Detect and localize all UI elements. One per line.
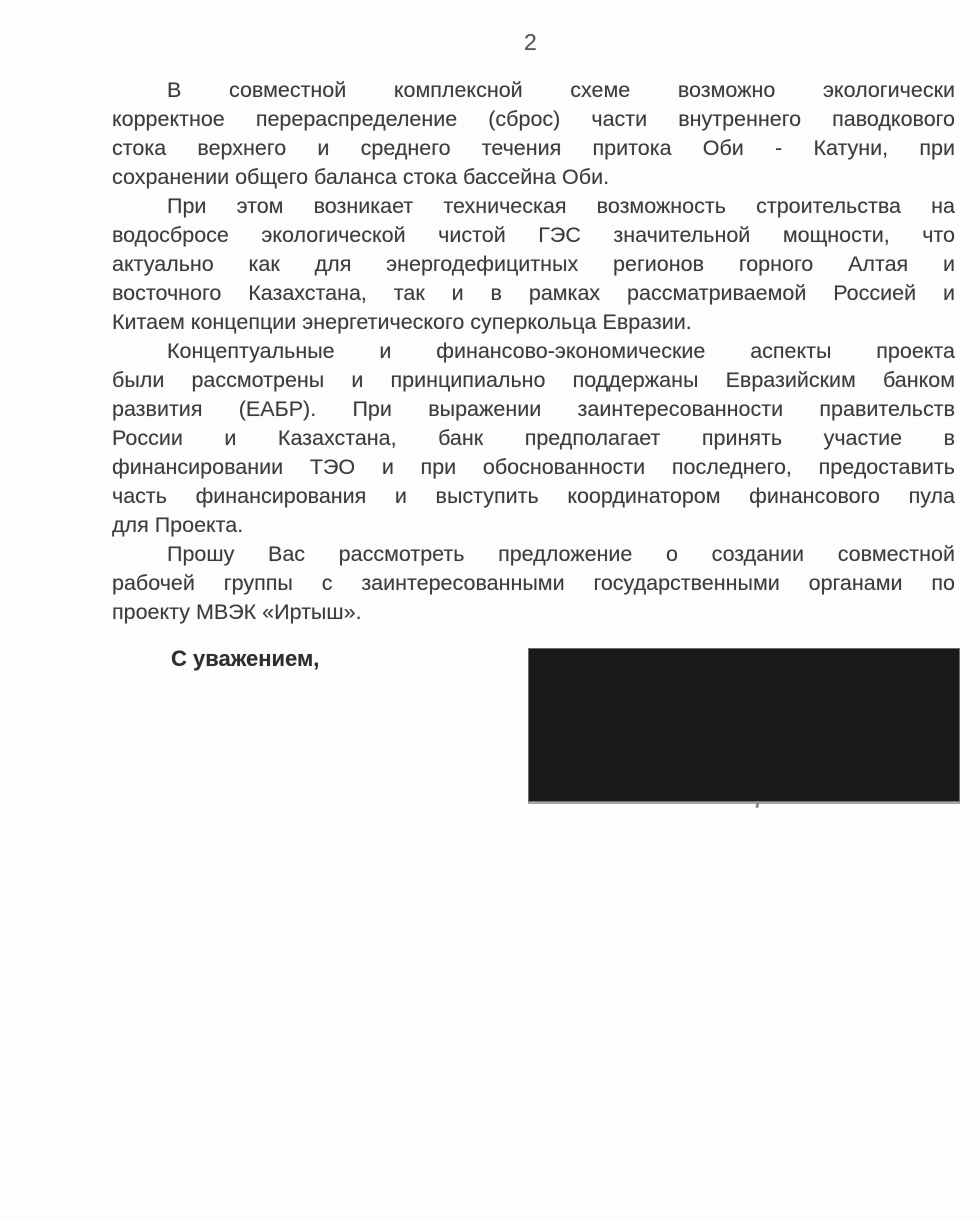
document-body: В совместной комплексной схеме возможно … [112, 76, 955, 627]
paragraph: Концептуальные и финансово-экономические… [112, 337, 955, 540]
page-number: 2 [524, 29, 537, 56]
text-line: часть финансирования и выступить координ… [112, 482, 955, 511]
text-line: развития (ЕАБР). При выражении заинтерес… [112, 395, 955, 424]
paragraph: При этом возникает техническая возможнос… [112, 192, 955, 337]
text-line: Концептуальные и финансово-экономические… [112, 337, 955, 366]
scan-artifact-tick [755, 801, 759, 808]
text-line: рабочей группы с заинтересованными госуд… [112, 569, 955, 598]
text-line: корректное перераспределение (сброс) час… [112, 105, 955, 134]
text-line: актуально как для энергодефицитных регио… [112, 250, 955, 279]
text-line: При этом возникает техническая возможнос… [112, 192, 955, 221]
paragraph: Прошу Вас рассмотреть предложение о созд… [112, 540, 955, 627]
text-line: проекту МВЭК «Иртыш». [112, 598, 955, 627]
paragraph: В совместной комплексной схеме возможно … [112, 76, 955, 192]
text-line: для Проекта. [112, 511, 955, 540]
text-line: финансировании ТЭО и при обоснованности … [112, 453, 955, 482]
text-line: В совместной комплексной схеме возможно … [112, 76, 955, 105]
text-line: были рассмотрены и принципиально поддерж… [112, 366, 955, 395]
text-line: восточного Казахстана, так и в рамках ра… [112, 279, 955, 308]
text-line: Китаем концепции энергетического суперко… [112, 308, 955, 337]
closing-salutation: С уважением, [171, 646, 319, 672]
text-line: России и Казахстана, банк предполагает п… [112, 424, 955, 453]
text-line: Прошу Вас рассмотреть предложение о созд… [112, 540, 955, 569]
text-line: сохранении общего баланса стока бассейна… [112, 163, 955, 192]
text-line: стока верхнего и среднего течения приток… [112, 134, 955, 163]
redacted-signature-block [528, 648, 960, 802]
text-line: водосбросе экологической чистой ГЭС знач… [112, 221, 955, 250]
scanned-letter-page: 2 В совместной комплексной схеме возможн… [0, 0, 980, 1220]
